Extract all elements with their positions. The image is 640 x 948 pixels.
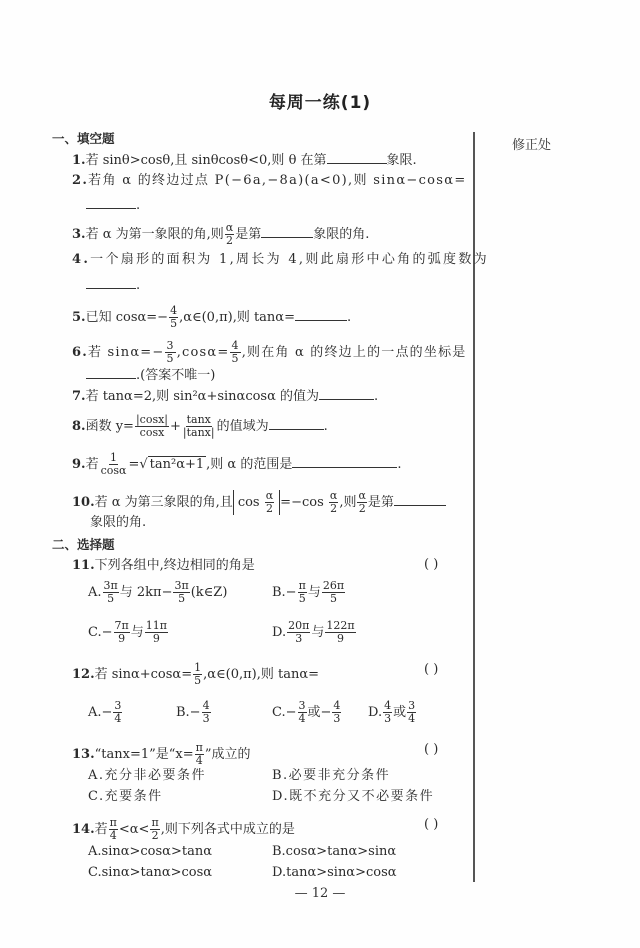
option-c[interactable]: C.−34或−43 (272, 700, 342, 725)
fraction: α2 (357, 490, 366, 515)
answer-blank[interactable] (319, 387, 374, 400)
answer-parentheses[interactable]: ( ) (424, 817, 438, 832)
option-d[interactable]: D.43或34 (368, 700, 417, 725)
fraction: |cosx|cosx (135, 414, 169, 439)
margin-divider (473, 132, 475, 882)
fraction: 45 (230, 340, 240, 365)
question-4: 4.一个扇形的面积为 1,周长为 4,则此扇形中心角的弧度数为 (72, 251, 489, 269)
answer-blank[interactable] (292, 455, 397, 468)
option-d[interactable]: D.既不充分又不必要条件 (272, 788, 434, 806)
question-13: 13.“tanx=1”是“x=π4”成立的 (72, 742, 251, 767)
answer-blank[interactable] (86, 276, 136, 289)
answer-parentheses[interactable]: ( ) (424, 557, 438, 572)
question-2-answer-line: . (86, 196, 140, 215)
question-4-answer-line: . (86, 276, 140, 295)
absolute-value: cos α2 (233, 490, 280, 515)
section-heading-choice: 二、选择题 (52, 536, 115, 554)
worksheet-page: 每周一练(1) 修正处 一、填空题 1.若 sinθ>cosθ,且 sinθco… (0, 0, 640, 948)
fraction: 45 (169, 305, 178, 330)
question-10-continuation: 象限的角. (90, 514, 146, 532)
question-3: 3.若 α 为第一象限的角,则α2是第象限的角. (72, 222, 369, 247)
answer-blank[interactable] (295, 308, 347, 321)
question-14: 14.若π4<α<π2,则下列各式中成立的是 (72, 817, 295, 842)
section-heading-fill-in: 一、填空题 (52, 130, 115, 148)
question-1: 1.若 sinθ>cosθ,且 sinθcosθ<0,则 θ 在第象限. (72, 151, 417, 170)
fraction: 35 (165, 340, 175, 365)
question-10: 10.若 α 为第三象限的角,且cos α2=−cos α2,则α2是第 (72, 490, 446, 515)
option-c[interactable]: C.sinα>tanα>cosα (88, 864, 212, 882)
correction-area-label: 修正处 (512, 134, 551, 153)
option-a[interactable]: A.sinα>cosα>tanα (88, 843, 212, 861)
question-8: 8.函数 y=|cosx|cosx+tanx|tanx|的值域为. (72, 414, 328, 439)
answer-blank[interactable] (261, 225, 313, 238)
option-a[interactable]: A.−34 (88, 700, 123, 725)
option-d[interactable]: D.20π3与122π9 (272, 620, 357, 645)
option-c[interactable]: C.−7π9与11π9 (88, 620, 169, 645)
question-9: 9.若1cosα=√tan²α+1,则 α 的范围是. (72, 452, 401, 477)
question-7: 7.若 tanα=2,则 sin²α+sinαcosα 的值为. (72, 387, 378, 406)
option-d[interactable]: D.tanα>sinα>cosα (272, 864, 397, 882)
fraction: tanx|tanx| (182, 414, 216, 439)
question-2: 2.若角 α 的终边过点 P(−6a,−8a)(a<0),则 sinα−cosα… (72, 172, 467, 190)
question-6: 6.若 sinα=−35,cosα=45,则在角 α 的终边上的一点的坐标是 (72, 340, 466, 365)
option-a[interactable]: A.3π5与 2kπ−3π5(k∈Z) (88, 580, 227, 605)
question-6-answer-line: .(答案不唯一) (86, 366, 215, 385)
fraction: α2 (329, 490, 338, 515)
fraction: α2 (225, 222, 234, 247)
answer-blank[interactable] (394, 493, 446, 506)
answer-blank[interactable] (269, 417, 324, 430)
question-11: 11.下列各组中,终边相同的角是 (72, 557, 255, 575)
answer-parentheses[interactable]: ( ) (424, 742, 438, 757)
answer-blank[interactable] (86, 366, 136, 379)
option-c[interactable]: C.充要条件 (88, 788, 163, 806)
option-b[interactable]: B.必要非充分条件 (272, 767, 390, 785)
option-b[interactable]: B.−π5与26π5 (272, 580, 346, 605)
page-number: — 12 — (0, 886, 640, 901)
square-root: tan²α+1 (148, 456, 207, 472)
question-12: 12.若 sinα+cosα=15,α∈(0,π),则 tanα= (72, 662, 319, 687)
fraction: 1cosα (100, 452, 128, 477)
answer-parentheses[interactable]: ( ) (424, 662, 438, 677)
option-b[interactable]: B.cosα>tanα>sinα (272, 843, 396, 861)
question-5: 5.已知 cosα=−45,α∈(0,π),则 tanα=. (72, 305, 351, 330)
answer-blank[interactable] (86, 196, 136, 209)
answer-blank[interactable] (327, 151, 387, 164)
option-b[interactable]: B.−43 (176, 700, 212, 725)
option-a[interactable]: A.充分非必要条件 (88, 767, 206, 785)
page-title: 每周一练(1) (0, 88, 640, 113)
